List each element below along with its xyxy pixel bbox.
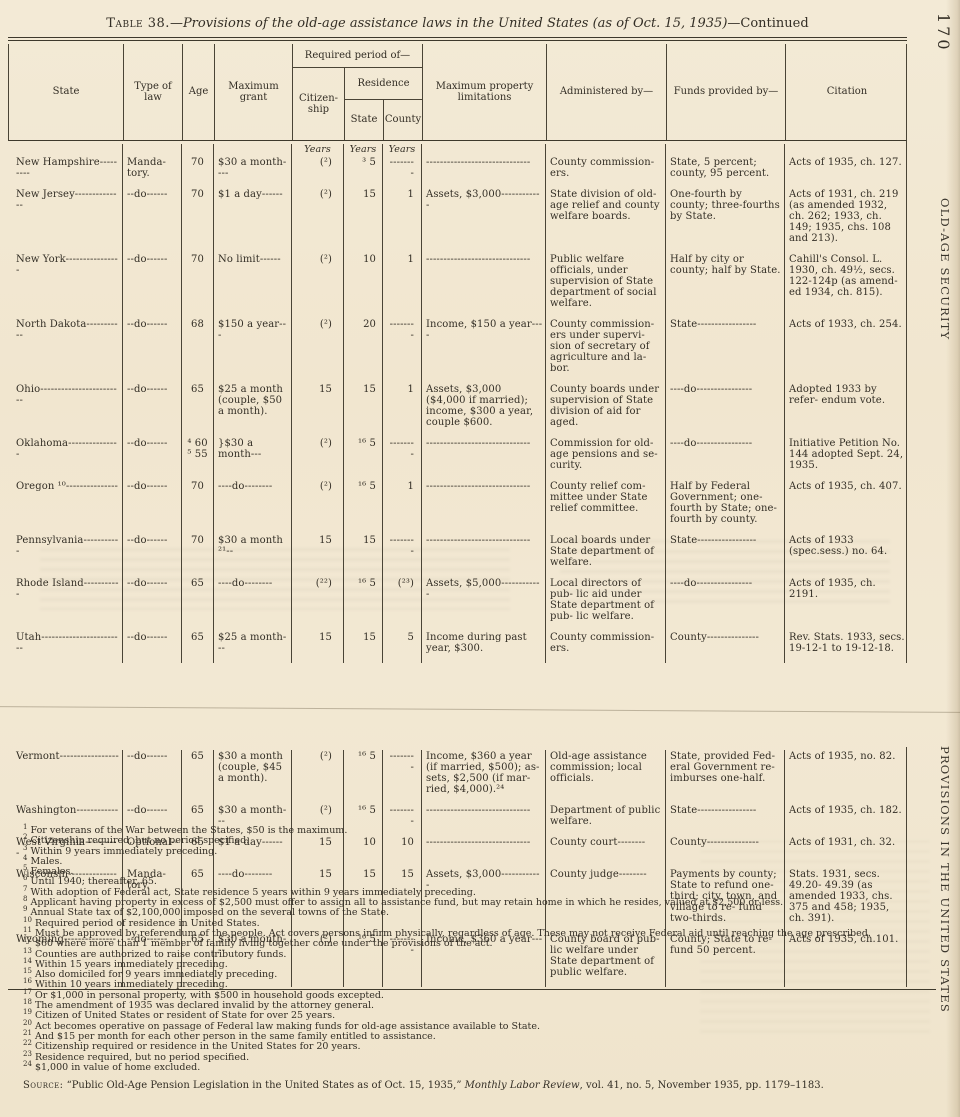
table-body-upper: Years Years Years New Hampshire---------…: [8, 141, 907, 663]
cell-administered: Local boards under State department of w…: [545, 534, 665, 577]
cell-property: Assets, $3,000 ($4,000 if married); inco…: [421, 383, 545, 437]
cell-funds: Half by Federal Government; one- fourth …: [665, 480, 784, 534]
cell-age: 65: [181, 383, 213, 437]
col-header-funds: Funds provided by—: [666, 44, 785, 140]
cell-administered: County relief com- mittee under State re…: [545, 480, 665, 534]
cell-citation: Acts of 1931, ch. 219 (as amended 1932, …: [784, 188, 907, 253]
spacer-cell: [421, 144, 545, 156]
cell-citizenship: (²²): [291, 577, 343, 631]
cell-administered: Public welfare officials, under supervis…: [545, 253, 665, 318]
cell-property: Income, $360 a year (if married, $500); …: [421, 750, 545, 804]
source-label: Source:: [23, 1080, 63, 1091]
spacer-cell: [181, 144, 213, 156]
cell-residence-state: ¹⁶ 5: [343, 480, 382, 534]
cell-property: Assets, $3,000------------: [421, 188, 545, 253]
running-head-top: OLD-AGE SECURITY: [938, 198, 952, 340]
footnote-text: $1,000 in value of home excluded.: [35, 1062, 200, 1073]
cell-type-of-law: --do------: [122, 480, 181, 534]
cell-residence-county: --------: [382, 156, 421, 188]
footnote-number: 14: [23, 957, 32, 965]
footnote-number: 8: [23, 895, 27, 903]
cell-residence-state: ¹⁶ 5: [343, 437, 382, 480]
cell-funds: State-----------------: [665, 534, 784, 577]
footnote-number: 7: [23, 885, 27, 893]
cell-age: 70: [181, 480, 213, 534]
cell-age: 65: [181, 631, 213, 663]
col-header-required-period: Required period of—: [292, 44, 422, 68]
cell-maximum-grant: $1 a day------: [213, 188, 291, 253]
cell-residence-state: ¹⁶ 5: [343, 577, 382, 631]
cell-property: Income, $150 a year----: [421, 318, 545, 383]
cell-type-of-law: --do------: [122, 253, 181, 318]
table-title-continued: —Continued: [727, 16, 808, 31]
cell-type-of-law: --do------: [122, 631, 181, 663]
cell-residence-county: --------: [382, 750, 421, 804]
cell-property: ------------------------------: [421, 253, 545, 318]
source-text: “Public Old-Age Pension Legislation in t…: [63, 1080, 464, 1091]
footnote-number: 22: [23, 1039, 32, 1047]
cell-citizenship: 15: [291, 631, 343, 663]
cell-funds: ----do----------------: [665, 577, 784, 631]
footnote-number: 3: [23, 843, 27, 851]
cell-citizenship: (²): [291, 156, 343, 188]
cell-funds: Half by city or county; half by State.: [665, 253, 784, 318]
cell-funds: State, 5 percent; county, 95 percent.: [665, 156, 784, 188]
cell-maximum-grant: No limit------: [213, 253, 291, 318]
source-citation: , vol. 41, no. 5, November 1935, pp. 117…: [580, 1080, 824, 1091]
cell-state: New Jersey--------------: [8, 188, 122, 253]
page-fold: [8, 663, 907, 747]
cell-citation: Initiative Petition No. 144 adopted Sept…: [784, 437, 907, 480]
cell-property: ------------------------------: [421, 156, 545, 188]
footnote: 24 $1,000 in value of home excluded.: [10, 1063, 940, 1073]
cell-property: Income during past year, $300.: [421, 631, 545, 663]
cell-maximum-grant: $30 a month (couple, $45 a month).: [213, 750, 291, 804]
cell-state: Rhode Island-----------: [8, 577, 122, 631]
cell-citation: Acts of 1935, ch. 407.: [784, 480, 907, 534]
cell-funds: County---------------: [665, 631, 784, 663]
cell-type-of-law: --do------: [122, 318, 181, 383]
col-header-citizenship: Citizen-ship: [292, 68, 344, 140]
cell-type-of-law: --do------: [122, 383, 181, 437]
cell-type-of-law: --do------: [122, 437, 181, 480]
cell-funds: State, provided Fed- eral Government re-…: [665, 750, 784, 804]
col-header-citation: Citation: [785, 44, 908, 140]
col-header-residence-county: County: [383, 100, 422, 140]
spacer-cell: [213, 144, 291, 156]
cell-administered: Old-age assistance commission; local off…: [545, 750, 665, 804]
footnote-number: 21: [23, 1029, 32, 1037]
footnote-number: 6: [23, 874, 27, 882]
footnote-number: 19: [23, 1008, 32, 1016]
col-header-residence-state: State: [344, 100, 383, 140]
cell-funds: ----do----------------: [665, 437, 784, 480]
col-header-age: Age: [182, 44, 214, 140]
cell-citizenship: 15: [291, 534, 343, 577]
footnote-number: 4: [23, 854, 27, 862]
cell-residence-state: 15: [343, 534, 382, 577]
footnote-number: 5: [23, 864, 27, 872]
cell-citation: Acts of 1935, no. 82.: [784, 750, 907, 804]
source-journal: Monthly Labor Review: [465, 1080, 580, 1091]
cell-citation: Acts of 1935, ch. 2191.: [784, 577, 907, 631]
cell-residence-county: 1: [382, 253, 421, 318]
cell-administered: State division of old-age relief and cou…: [545, 188, 665, 253]
col-header-maximum-grant: Maximum grant: [214, 44, 292, 140]
cell-maximum-grant: }$30 a month---: [213, 437, 291, 480]
footnote-number: 18: [23, 998, 32, 1006]
footnotes: 1 For veterans of the War between the St…: [10, 826, 940, 1091]
cell-citizenship: (²): [291, 188, 343, 253]
footnote-number: 11: [23, 926, 32, 934]
footnote-number: 15: [23, 967, 32, 975]
cell-type-of-law: --do------: [122, 750, 181, 804]
cell-administered: Commission for old- age pensions and se-…: [545, 437, 665, 480]
footnote-number: 2: [23, 833, 27, 841]
cell-state: Utah------------------------: [8, 631, 122, 663]
cell-state: New Hampshire---------: [8, 156, 122, 188]
cell-state: Oklahoma---------------: [8, 437, 122, 480]
cell-state: Ohio------------------------: [8, 383, 122, 437]
cell-funds: One-fourth by county; three-fourths by S…: [665, 188, 784, 253]
cell-citizenship: 15: [291, 383, 343, 437]
cell-funds: State-----------------: [665, 318, 784, 383]
page-number: 170: [934, 13, 953, 53]
cell-residence-state: 15: [343, 383, 382, 437]
col-header-type-of-law: Type of law: [123, 44, 182, 140]
spacer-cell: [665, 144, 784, 156]
footnote-number: 9: [23, 905, 27, 913]
cell-residence-county: 1: [382, 188, 421, 253]
cell-property: ------------------------------: [421, 534, 545, 577]
col-header-administered: Administered by—: [546, 44, 666, 140]
cell-age: 65: [181, 750, 213, 804]
footnote-number: 12: [23, 936, 32, 944]
cell-age: 68: [181, 318, 213, 383]
cell-maximum-grant: $25 a month (couple, $50 a month).: [213, 383, 291, 437]
cell-age: 70: [181, 156, 213, 188]
cell-residence-county: --------: [382, 437, 421, 480]
cell-type-of-law: Manda-tory.: [122, 156, 181, 188]
cell-administered: Local directors of pub- lic aid under St…: [545, 577, 665, 631]
cell-type-of-law: --do------: [122, 534, 181, 577]
footnote-number: 23: [23, 1049, 32, 1057]
cell-maximum-grant: $150 a year---: [213, 318, 291, 383]
cell-state: New York----------------: [8, 253, 122, 318]
footnote: 4 Males.: [10, 857, 940, 867]
cell-residence-county: 5: [382, 631, 421, 663]
col-header-residence: Residence: [344, 68, 422, 100]
cell-state: Pennsylvania-----------: [8, 534, 122, 577]
footnote-number: 1: [23, 823, 27, 831]
cell-state: Vermont-----------------: [8, 750, 122, 804]
table-header: State Type of law Age Maximum grant Requ…: [8, 44, 907, 141]
cell-citation: Acts of 1933, ch. 254.: [784, 318, 907, 383]
cell-residence-state: 20: [343, 318, 382, 383]
cell-citation: Acts of 1935, ch. 127.: [784, 156, 907, 188]
footnote-number: 13: [23, 946, 32, 954]
cell-maximum-grant: $30 a month----: [213, 156, 291, 188]
years-label: Years: [343, 144, 382, 156]
spacer-cell: [8, 144, 122, 156]
footnote-number: 16: [23, 977, 32, 985]
double-rule: [8, 37, 907, 41]
footnote-number: 17: [23, 988, 32, 996]
cell-age: 70: [181, 534, 213, 577]
fold-seam: [0, 706, 960, 713]
cell-maximum-grant: $30 a month ²¹--: [213, 534, 291, 577]
cell-citizenship: (²): [291, 750, 343, 804]
cell-residence-county: (²³): [382, 577, 421, 631]
cell-administered: County commission- ers.: [545, 631, 665, 663]
cell-residence-county: --------: [382, 534, 421, 577]
cell-type-of-law: --do------: [122, 577, 181, 631]
cell-maximum-grant: ----do--------: [213, 480, 291, 534]
cell-age: ⁴ 60 ⁵ 55: [181, 437, 213, 480]
cell-citation: Adopted 1933 by refer- endum vote.: [784, 383, 907, 437]
cell-residence-state: ³ 5: [343, 156, 382, 188]
spacer-cell: [784, 144, 907, 156]
spacer-cell: [122, 144, 181, 156]
cell-citation: Cahill's Consol. L. 1930, ch. 49½, secs.…: [784, 253, 907, 318]
cell-citizenship: (²): [291, 437, 343, 480]
cell-residence-county: 1: [382, 383, 421, 437]
cell-maximum-grant: $25 a month---: [213, 631, 291, 663]
cell-administered: County commission- ers.: [545, 156, 665, 188]
col-header-state: State: [9, 44, 123, 140]
cell-residence-county: --------: [382, 318, 421, 383]
spacer-cell: [545, 144, 665, 156]
footnote-number: 20: [23, 1018, 32, 1026]
cell-residence-state: 15: [343, 631, 382, 663]
cell-residence-state: ¹⁶ 5: [343, 750, 382, 804]
cell-citizenship: (²): [291, 253, 343, 318]
cell-residence-state: 15: [343, 188, 382, 253]
footnote-number: 24: [23, 1060, 32, 1068]
col-header-property: Maximum property limitations: [422, 44, 546, 140]
table-title-text: —Provisions of the old-age assistance la…: [170, 16, 727, 31]
cell-age: 70: [181, 253, 213, 318]
cell-property: Assets, $5,000------------: [421, 577, 545, 631]
table-title: Table 38.—Provisions of the old-age assi…: [8, 16, 907, 31]
cell-funds: ----do----------------: [665, 383, 784, 437]
cell-age: 70: [181, 188, 213, 253]
cell-residence-county: 1: [382, 480, 421, 534]
cell-residence-state: 10: [343, 253, 382, 318]
years-label: Years: [291, 144, 343, 156]
cell-citation: Rev. Stats. 1933, secs. 19-12-1 to 19-12…: [784, 631, 907, 663]
scanned-page: Table 38.—Provisions of the old-age assi…: [0, 0, 960, 1117]
cell-citizenship: (²): [291, 318, 343, 383]
table-number: Table 38.: [106, 16, 170, 31]
footnote: 3 Within 9 years immediately preceding.: [10, 847, 940, 857]
running-head-bottom: PROVISIONS IN THE UNITED STATES: [938, 746, 952, 1013]
cell-administered: County commission- ers under supervi- si…: [545, 318, 665, 383]
source-line: Source: “Public Old-Age Pension Legislat…: [10, 1081, 940, 1091]
cell-property: ------------------------------: [421, 437, 545, 480]
cell-type-of-law: --do------: [122, 188, 181, 253]
footnote-number: 10: [23, 916, 32, 924]
cell-citation: Acts of 1933 (spec.sess.) no. 64.: [784, 534, 907, 577]
cell-administered: County boards under supervision of State…: [545, 383, 665, 437]
cell-maximum-grant: ----do--------: [213, 577, 291, 631]
cell-property: ------------------------------: [421, 480, 545, 534]
cell-age: 65: [181, 577, 213, 631]
cell-state: North Dakota-----------: [8, 318, 122, 383]
cell-citizenship: (²): [291, 480, 343, 534]
cell-state: Oregon ¹⁰---------------: [8, 480, 122, 534]
years-label: Years: [382, 144, 421, 156]
